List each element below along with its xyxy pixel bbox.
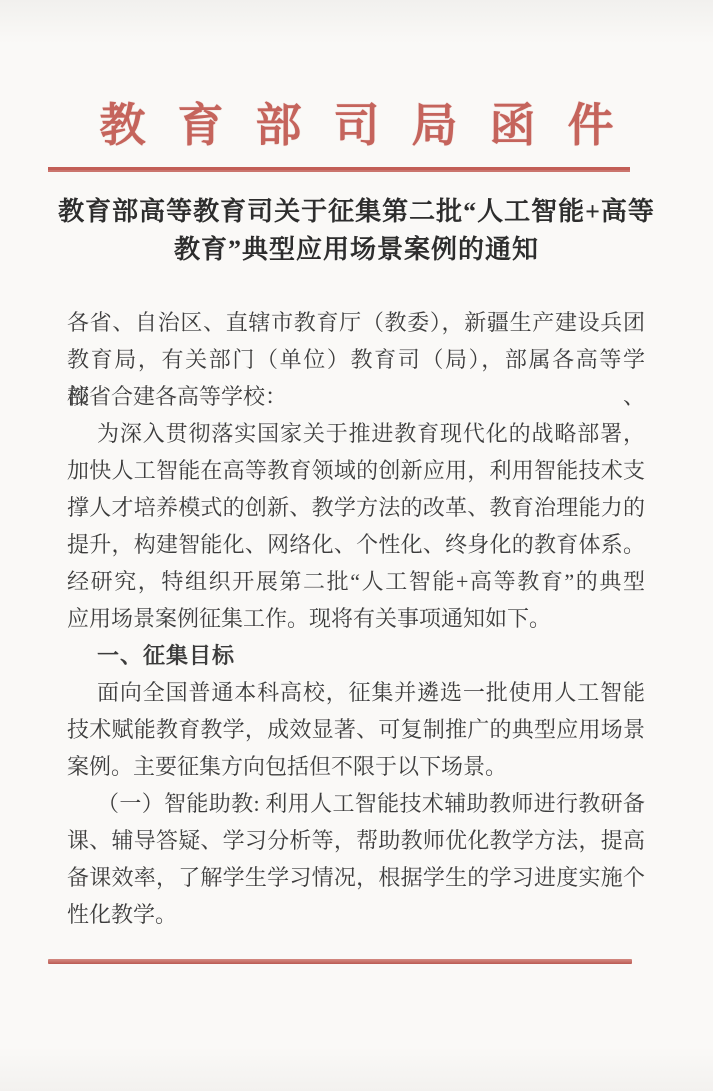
letterhead-double-rule [48,167,630,172]
notice-title-line1: 教育部高等教育司关于征集第二批“人工智能+高等 [0,193,713,231]
body-line: 经研究，特组织开展第二批“人工智能+高等教育”的典型 [67,563,645,600]
body-line: 应用场景案例征集工作。现将有关事项通知如下。 [67,600,645,637]
scanned-notice-document: 教育部司局函件 教育部高等教育司关于征集第二批“人工智能+高等 教育”典型应用场… [0,0,713,1091]
letterhead-banner: 教育部司局函件 [0,96,713,156]
body-line: 技术赋能教育教学，成效显著、可复制推广的典型应用场景 [67,711,645,748]
footer-rule [48,959,632,964]
body-line: 撑人才培养模式的创新、教学方法的改革、教育治理能力的 [67,489,645,526]
body-line: 一、征集目标 [67,637,645,674]
notice-body: 各省、自治区、直辖市教育厅（教委），新疆生产建设兵团教育局，有关部门（单位）教育… [67,304,645,933]
body-line: （一）智能助教: 利用人工智能技术辅助教师进行教研备 [67,785,645,822]
notice-title-line2: 教育”典型应用场景案例的通知 [0,231,713,269]
body-line: 性化教学。 [67,896,645,933]
body-line: 为深入贯彻落实国家关于推进教育现代化的战略部署， [67,415,645,452]
body-line: 各省、自治区、直辖市教育厅（教委），新疆生产建设兵团 [67,304,645,341]
body-line: 提升，构建智能化、网络化、个性化、终身化的教育体系。 [67,526,645,563]
body-line: 教育局，有关部门（单位）教育司（局），部属各高等学校、 [67,341,645,378]
letterhead-title: 教育部司局函件 [100,100,646,151]
body-line: 面向全国普通本科高校，征集并遴选一批使用人工智能 [67,674,645,711]
notice-title: 教育部高等教育司关于征集第二批“人工智能+高等 教育”典型应用场景案例的通知 [0,193,713,269]
body-line: 案例。主要征集方向包括但不限于以下场景。 [67,748,645,785]
body-line: 加快人工智能在高等教育领域的创新应用，利用智能技术支 [67,452,645,489]
body-line: 备课效率，了解学生学习情况，根据学生的学习进度实施个 [67,859,645,896]
body-line: 课、辅导答疑、学习分析等，帮助教师优化教学方法，提高 [67,822,645,859]
